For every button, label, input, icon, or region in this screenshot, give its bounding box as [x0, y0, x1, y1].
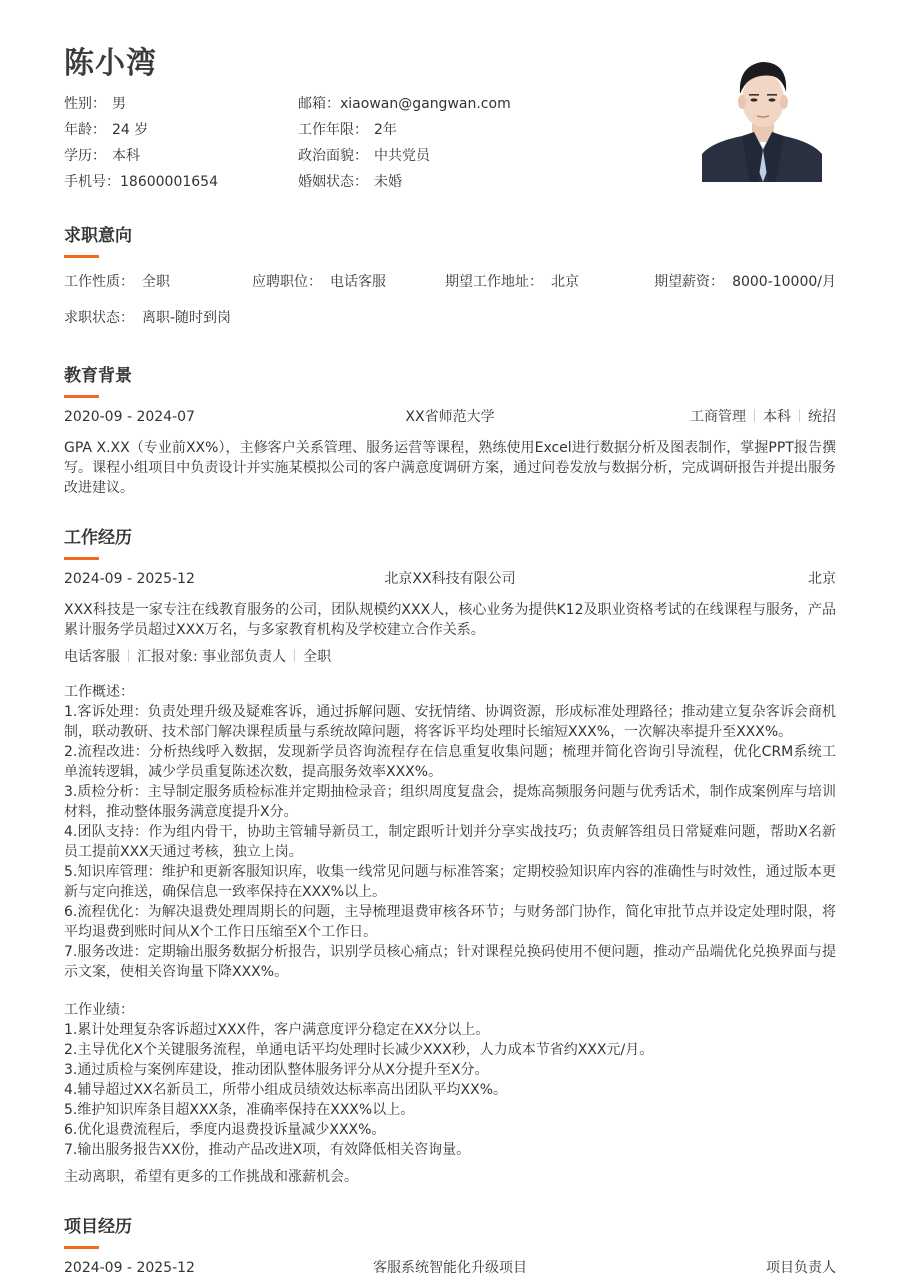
intent-label: 应聘职位： [252, 274, 322, 290]
info-education: 学历：本科 [64, 146, 140, 166]
section-title-project: 项目经历 [64, 1215, 132, 1239]
info-label: 学历： [64, 148, 106, 164]
intent-job-type: 工作性质：全职 [64, 272, 170, 292]
info-email: 邮箱：xiaowan@gangwan.com [298, 94, 511, 114]
leave-reason: 主动离职，希望有更多的工作挑战和涨薪机会。 [64, 1167, 836, 1187]
info-gender: 性别：男 [64, 94, 126, 114]
info-work-years: 工作年限：2年 [298, 120, 397, 140]
achievement-item: 5.维护知识库条目超XXX条，准确率保持在XXX%以上。 [64, 1100, 836, 1120]
education-enrollment: 统招 [808, 409, 836, 425]
info-label: 政治面貌： [298, 148, 368, 164]
company-intro: XXX科技是一家专注在线教育服务的公司，团队规模约XXX人，核心业务为提供K12… [64, 600, 836, 640]
intent-label: 期望工作地址： [445, 274, 543, 290]
intent-position: 应聘职位：电话客服 [252, 272, 386, 292]
work-location: 北京 [808, 569, 836, 589]
job-intent-row-1: 工作性质：全职 应聘职位：电话客服 期望工作地址：北京 期望薪资：8000-10… [64, 272, 836, 292]
overview-item: 5.知识库管理：维护和更新客服知识库，收集一线常见问题与标准答案；定期校验知识库… [64, 862, 836, 902]
work-report-to: 汇报对象: 事业部负责人 [137, 649, 286, 665]
intent-label: 工作性质： [64, 274, 134, 290]
intent-label: 期望薪资： [654, 274, 724, 290]
intent-location: 期望工作地址：北京 [445, 272, 579, 292]
section-title-job-intent: 求职意向 [64, 224, 132, 248]
section-title-education: 教育背景 [64, 364, 132, 388]
education-description: GPA X.XX（专业前XX%），主修客户关系管理、服务运营等课程，熟练使用Ex… [64, 438, 836, 498]
overview-item: 1.客诉处理：负责处理升级及疑难客诉，通过拆解问题、安抚情绪、协调资源，形成标准… [64, 702, 836, 742]
email-link[interactable]: xiaowan@gangwan.com [340, 96, 511, 112]
project-role: 项目负责人 [766, 1258, 836, 1275]
work-tags: 电话客服汇报对象: 事业部负责人全职 [64, 647, 836, 667]
achievement-item: 4.辅导超过XX名新员工，所带小组成员绩效达标率高出团队平均XX%。 [64, 1080, 836, 1100]
info-label: 婚姻状态： [298, 174, 368, 190]
section-accent-bar [64, 255, 99, 258]
intent-status: 求职状态：离职-随时到岗 [64, 308, 231, 328]
job-intent-row-2: 求职状态：离职-随时到岗 [64, 308, 836, 328]
info-label: 性别： [64, 96, 106, 112]
overview-item: 6.流程优化：为解决退费处理周期长的问题，主导梳理退费审核各环节；与财务部门协作… [64, 902, 836, 942]
info-phone: 手机号：18600001654 [64, 172, 218, 192]
divider [294, 649, 295, 662]
overview-label: 工作概述： [64, 682, 836, 702]
achievement-item: 1.累计处理复杂客诉超过XXX件，客户满意度评分稳定在XX分以上。 [64, 1020, 836, 1040]
education-degree: 本科 [763, 409, 791, 425]
intent-value: 离职-随时到岗 [142, 310, 231, 326]
work-role: 电话客服 [64, 649, 120, 665]
info-label: 邮箱： [298, 96, 340, 112]
work-overview: 工作概述： 1.客诉处理：负责处理升级及疑难客诉，通过拆解问题、安抚情绪、协调资… [64, 682, 836, 982]
intent-value: 北京 [551, 274, 579, 290]
section-title-work: 工作经历 [64, 526, 132, 550]
divider [754, 409, 755, 422]
project-name: 客服系统智能化升级项目 [64, 1258, 836, 1275]
info-value: 24 岁 [112, 122, 148, 138]
work-achievements: 工作业绩： 1.累计处理复杂客诉超过XXX件，客户满意度评分稳定在XX分以上。 … [64, 1000, 836, 1160]
overview-item: 4.团队支持：作为组内骨干，协助主管辅导新员工，制定跟听计划并分享实战技巧；负责… [64, 822, 836, 862]
overview-item: 7.服务改进：定期输出服务数据分析报告，识别学员核心痛点；针对课程兑换码使用不便… [64, 942, 836, 982]
achievement-item: 2.主导优化X个关键服务流程，单通电话平均处理时长减少XXX秒，人力成本节省约X… [64, 1040, 836, 1060]
info-political-status: 政治面貌：中共党员 [298, 146, 430, 166]
achievement-item: 7.输出服务报告XX份，推动产品改进X项，有效降低相关咨询量。 [64, 1140, 836, 1160]
info-label: 年龄： [64, 122, 106, 138]
divider [128, 649, 129, 662]
info-value: 2年 [374, 122, 397, 138]
work-type: 全职 [303, 649, 331, 665]
education-tags: 工商管理本科统招 [690, 407, 836, 427]
section-accent-bar [64, 557, 99, 560]
work-company: 北京XX科技有限公司 [64, 569, 836, 589]
intent-salary: 期望薪资：8000-10000/月 [654, 272, 836, 292]
section-accent-bar [64, 1246, 99, 1249]
work-header: 2024-09 - 2025-12 北京XX科技有限公司 北京 [64, 569, 836, 589]
info-label: 工作年限： [298, 122, 368, 138]
project-header: 2024-09 - 2025-12 客服系统智能化升级项目 项目负责人 [64, 1258, 836, 1275]
achievements-label: 工作业绩： [64, 1000, 836, 1020]
overview-item: 3.质检分析：主导制定服务质检标准并定期抽检录音；组织周度复盘会，提炼高频服务问… [64, 782, 836, 822]
divider [799, 409, 800, 422]
avatar [702, 50, 822, 182]
education-header: 2020-09 - 2024-07 XX省师范大学 工商管理本科统招 [64, 407, 836, 427]
info-age: 年龄：24 岁 [64, 120, 148, 140]
info-value: 本科 [112, 148, 140, 164]
education-major: 工商管理 [690, 409, 746, 425]
info-value: 中共党员 [374, 148, 430, 164]
section-accent-bar [64, 395, 99, 398]
intent-value: 电话客服 [330, 274, 386, 290]
info-value: 男 [112, 96, 126, 112]
info-value: 未婚 [374, 174, 402, 190]
info-label: 手机号： [64, 174, 120, 190]
intent-label: 求职状态： [64, 310, 134, 326]
info-marital-status: 婚姻状态：未婚 [298, 172, 402, 192]
achievement-item: 3.通过质检与案例库建设，推动团队整体服务评分从X分提升至X分。 [64, 1060, 836, 1080]
achievement-item: 6.优化退费流程后，季度内退费投诉量减少XXX%。 [64, 1120, 836, 1140]
overview-item: 2.流程改进：分析热线呼入数据，发现新学员咨询流程存在信息重复收集问题；梳理并简… [64, 742, 836, 782]
info-value: 18600001654 [120, 174, 218, 190]
portrait-photo [702, 50, 822, 182]
candidate-name: 陈小湾 [64, 38, 157, 82]
intent-value: 全职 [142, 274, 170, 290]
intent-value: 8000-10000/月 [732, 274, 836, 290]
